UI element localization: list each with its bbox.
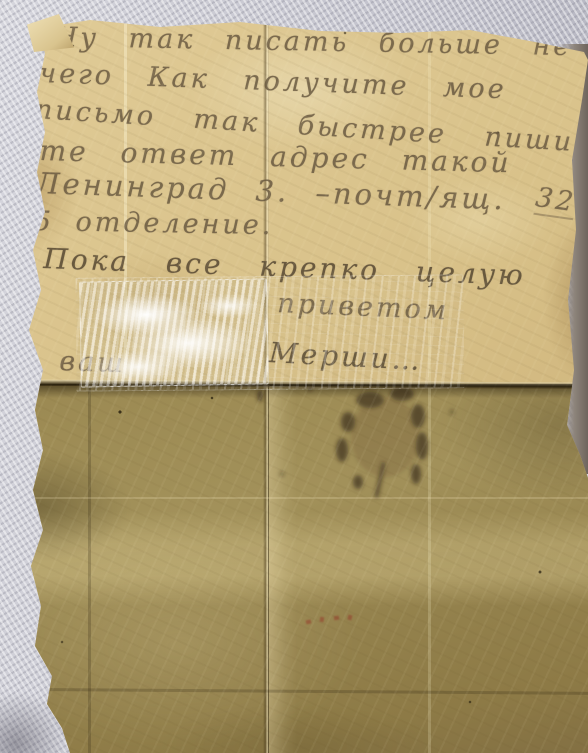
handwriting-po-box-number: 32 (533, 182, 578, 220)
handwriting-line: 5 отделение. (33, 206, 273, 241)
tape-patch (79, 278, 269, 387)
red-stamp-marks (300, 612, 370, 632)
photo-of-letter: Ну так писать больше не- чего Как получи… (0, 0, 588, 753)
handwriting-line: Ну так писать больше не- (53, 22, 584, 62)
letter-paper: Ну так писать больше не- чего Как получи… (0, 0, 588, 753)
ink-blot (250, 382, 490, 542)
folded-corner (24, 14, 74, 52)
